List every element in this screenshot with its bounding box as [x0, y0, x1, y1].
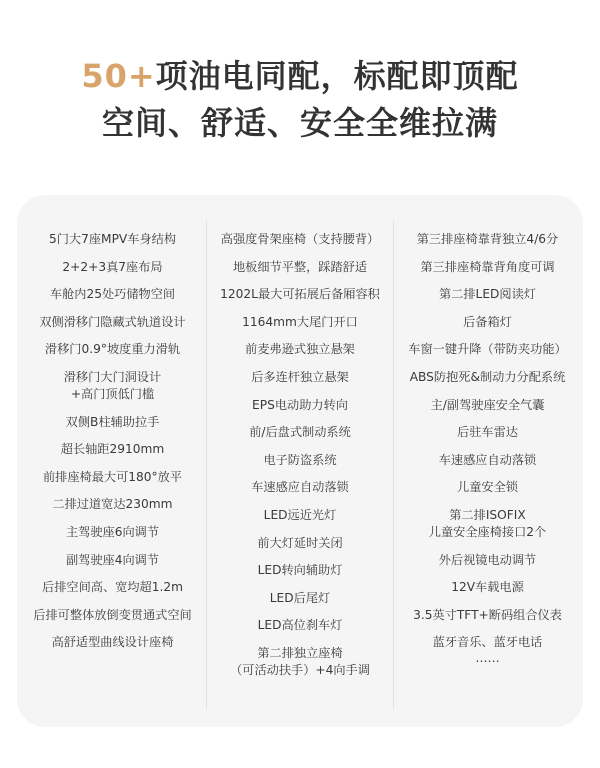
- feature-item: 车速感应自动落锁: [251, 479, 349, 496]
- feature-item: 第三排座椅靠背独立4/6分: [417, 231, 559, 248]
- feature-item: 2+2+3真7座布局: [62, 259, 162, 276]
- feature-item: 双侧B柱辅助拉手: [66, 414, 160, 431]
- feature-item: 副驾驶座4向调节: [66, 552, 159, 569]
- feature-item: 外后视镜电动调节: [439, 552, 537, 569]
- headline-line-1: 50+项油电同配，标配即顶配: [0, 56, 600, 96]
- headline-line-1-text: 项油电同配，标配即顶配: [156, 57, 519, 95]
- feature-item: 地板细节平整，踩踏舒适: [233, 259, 367, 276]
- feature-item: 高舒适型曲线设计座椅: [52, 634, 174, 651]
- feature-item: 5门大7座MPV车身结构: [49, 231, 176, 248]
- feature-item: 第二排独立座椅 （可活动扶手）+4向手调: [230, 645, 370, 679]
- feature-item: 蓝牙音乐、蓝牙电话: [433, 634, 543, 651]
- feature-item: 滑移门0.9°坡度重力滑轨: [45, 341, 180, 358]
- feature-column-3: 第三排座椅靠背独立4/6分 第三排座椅靠背角度可调 第二排LED阅读灯 后备箱灯…: [394, 231, 581, 674]
- feature-column-2: 高强度骨架座椅（支持腰背） 地板细节平整，踩踏舒适 1202L最大可拓展后备厢容…: [207, 231, 393, 690]
- feature-item: LED高位刹车灯: [258, 617, 343, 634]
- feature-item: 1202L最大可拓展后备厢容积: [220, 286, 380, 303]
- feature-item: LED后尾灯: [270, 590, 330, 607]
- feature-item: 前大灯延时关闭: [257, 535, 342, 552]
- feature-item: 高强度骨架座椅（支持腰背）: [221, 231, 379, 248]
- feature-item: 第二排ISOFIX 儿童安全座椅接口2个: [429, 507, 546, 541]
- feature-item: LED转向辅助灯: [258, 562, 343, 579]
- feature-item: 1164mm大尾门开口: [242, 314, 358, 331]
- feature-item: 前麦弗逊式独立悬架: [245, 341, 355, 358]
- headline-line-2: 空间、舒适、安全全维拉满: [0, 103, 600, 143]
- feature-item: 超长轴距2910mm: [61, 441, 165, 458]
- feature-item: 双侧滑移门隐藏式轨道设计: [39, 314, 185, 331]
- feature-item: 车舱内25处巧储物空间: [50, 286, 175, 303]
- feature-item: 后多连杆独立悬架: [251, 369, 349, 386]
- feature-item: 车窗一键升降（带防夹功能）: [408, 341, 566, 358]
- feature-list-card: 5门大7座MPV车身结构 2+2+3真7座布局 车舱内25处巧储物空间 双侧滑移…: [17, 195, 583, 727]
- feature-column-1: 5门大7座MPV车身结构 2+2+3真7座布局 车舱内25处巧储物空间 双侧滑移…: [19, 231, 206, 662]
- feature-item: 后驻车雷达: [457, 424, 518, 441]
- feature-item: 后备箱灯: [463, 314, 512, 331]
- feature-item: 电子防盗系统: [263, 452, 336, 469]
- feature-item: 车速感应自动落锁: [439, 452, 537, 469]
- headline-accent-count: 50+: [81, 57, 155, 95]
- feature-item: 滑移门大门洞设计 +高门顶低门槛: [64, 369, 162, 403]
- feature-item: EPS电动助力转向: [252, 397, 348, 414]
- feature-item: 后排可整体放倒变贯通式空间: [33, 607, 191, 624]
- feature-item: 12V车载电源: [451, 579, 524, 596]
- feature-item: 前排座椅最大可180°放平: [43, 469, 182, 486]
- feature-item: 前/后盘式制动系统: [249, 424, 351, 441]
- feature-item: 主驾驶座6向调节: [66, 524, 159, 541]
- feature-item: 儿童安全锁: [457, 479, 518, 496]
- feature-item: 第三排座椅靠背角度可调: [420, 259, 554, 276]
- ellipsis-more: ……: [475, 653, 499, 663]
- feature-item: 3.5英寸TFT+断码组合仪表: [413, 607, 562, 624]
- feature-item: 第二排LED阅读灯: [439, 286, 536, 303]
- feature-item: 后排空间高、宽均超1.2m: [42, 579, 183, 596]
- feature-item: 二排过道宽达230mm: [52, 496, 172, 513]
- feature-item: 主/副驾驶座安全气囊: [431, 397, 545, 414]
- feature-item: LED远近光灯: [264, 507, 337, 524]
- feature-item: ABS防抱死&制动力分配系统: [410, 369, 566, 386]
